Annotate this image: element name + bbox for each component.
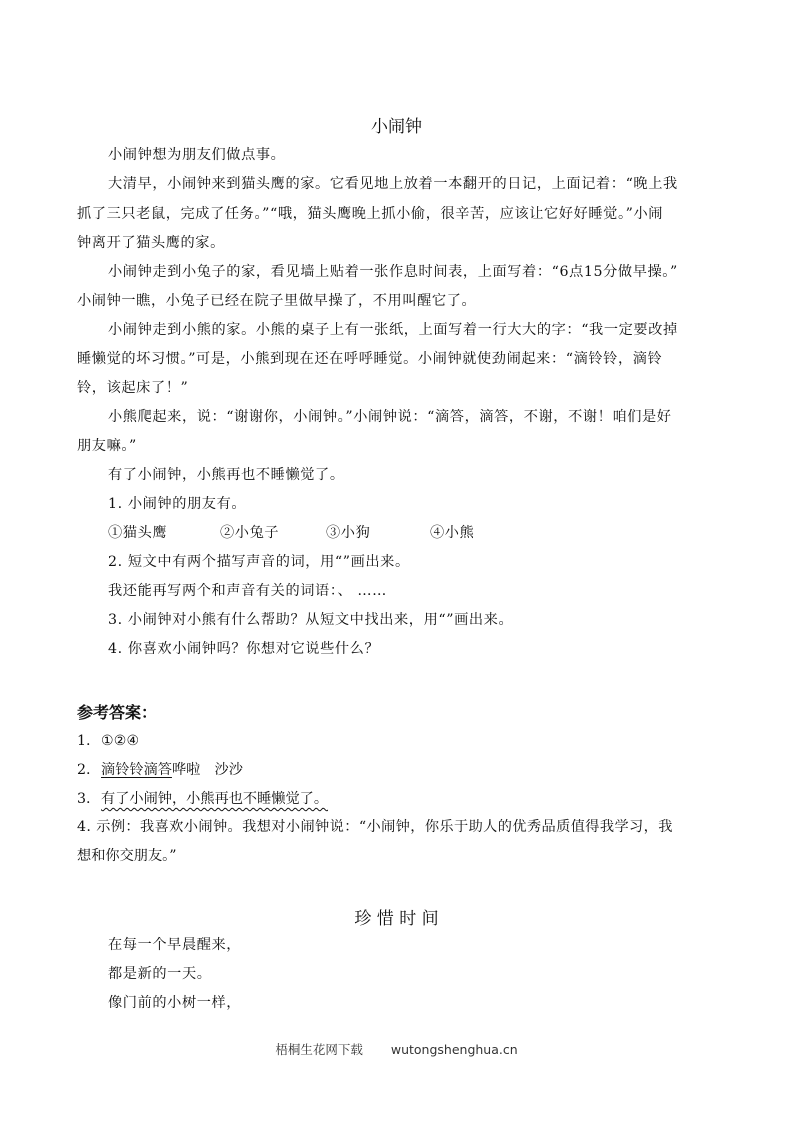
question-2-extra: 我还能再写两个和声音有关的词语：、 …… bbox=[108, 582, 387, 600]
paragraph-line: 钟离开了猫头鹰的家。 bbox=[77, 234, 225, 252]
paragraph-line: 小闹钟走到小兔子的家，看见墙上贴着一张作息时间表，上面写着：“6点15分做早操。… bbox=[108, 263, 678, 281]
option-3: ③小狗 bbox=[326, 524, 430, 542]
paragraph-line: 抓了三只老鼠，完成了任务。”“哦，猫头鹰晚上抓小偷，很辛苦，应该让它好好睡觉。”… bbox=[77, 205, 663, 223]
paragraph-line: 朋友嘛。” bbox=[77, 437, 137, 455]
answer-text: 哗啦 沙沙 bbox=[172, 762, 243, 778]
story-title: 小闹钟 bbox=[0, 112, 793, 137]
paragraph-line: 有了小闹钟，小熊再也不睡懒觉了。 bbox=[108, 466, 345, 484]
answer-4-line-2: 想和你交朋友。” bbox=[77, 847, 176, 865]
question-1: 1. 小闹钟的朋友有。 bbox=[108, 495, 246, 513]
answer-number: 3. bbox=[77, 790, 101, 808]
poem-title: 珍 惜 时 间 bbox=[0, 904, 793, 929]
underlined-answer: 滴铃铃滴答 bbox=[101, 762, 172, 778]
option-4: ④小熊 bbox=[430, 524, 474, 542]
paragraph-line: 铃，该起床了！” bbox=[77, 379, 188, 397]
answer-text: ①②④ bbox=[101, 733, 139, 749]
question-3: 3. 小闹钟对小熊有什么帮助？从短文中找出来，用“”画出来。 bbox=[108, 611, 513, 629]
paragraph-line: 大清早，小闹钟来到猫头鹰的家。它看见地上放着一本翻开的日记，上面记着：“晚上我 bbox=[108, 175, 678, 193]
answers-heading: 参考答案： bbox=[77, 700, 157, 723]
paragraph-line: 小闹钟想为朋友们做点事。 bbox=[108, 146, 285, 164]
paragraph-line: 小闹钟一瞧，小兔子已经在院子里做早操了，不用叫醒它了。 bbox=[77, 292, 476, 310]
poem-line: 都是新的一天。 bbox=[108, 965, 212, 983]
answer-3: 3.有了小闹钟，小熊再也不睡懒觉了。 bbox=[77, 790, 328, 808]
paragraph-line: 小熊爬起来，说：“谢谢你，小闹钟。”小闹钟说：“滴答，滴答，不谢，不谢！咱们是好 bbox=[108, 408, 672, 426]
question-4: 4. 你喜欢小闹钟吗？你想对它说些什么？ bbox=[108, 640, 379, 658]
answer-2: 2.滴铃铃滴答哗啦 沙沙 bbox=[77, 761, 243, 779]
poem-line: 像门前的小树一样， bbox=[108, 994, 241, 1012]
option-2: ②小兔子 bbox=[220, 524, 326, 542]
paragraph-line: 睡懒觉的坏习惯。”可是，小熊到现在还在呼呼睡觉。小闹钟就使劲闹起来：“滴铃铃，滴… bbox=[77, 350, 662, 368]
footer-url: wutongshenghua.cn bbox=[391, 1042, 518, 1057]
paragraph-line: 小闹钟走到小熊的家。小熊的桌子上有一张纸，上面写着一行大大的字：“我一定要改掉 bbox=[108, 321, 678, 339]
answer-number: 1. bbox=[77, 732, 101, 750]
answer-4-line-1: 4. 示例：我喜欢小闹钟。我想对小闹钟说：“小闹钟，你乐于助人的优秀品质值得我学… bbox=[77, 818, 673, 836]
answer-1: 1.①②④ bbox=[77, 732, 139, 750]
wavy-underlined-answer: 有了小闹钟，小熊再也不睡懒觉了。 bbox=[101, 791, 328, 807]
answer-number: 2. bbox=[77, 761, 101, 779]
poem-line: 在每一个早晨醒来， bbox=[108, 936, 241, 954]
option-1: ①猫头鹰 bbox=[108, 524, 220, 542]
footer-site-name: 梧桐生花网下载 bbox=[275, 1042, 363, 1057]
question-2: 2. 短文中有两个描写声音的词，用“”画出来。 bbox=[108, 553, 410, 571]
document-page: 小闹钟 小闹钟想为朋友们做点事。 大清早，小闹钟来到猫头鹰的家。它看见地上放着一… bbox=[0, 0, 793, 1122]
page-footer: 梧桐生花网下载wutongshenghua.cn bbox=[0, 1040, 793, 1058]
question-1-options: ①猫头鹰②小兔子③小狗④小熊 bbox=[108, 524, 474, 542]
